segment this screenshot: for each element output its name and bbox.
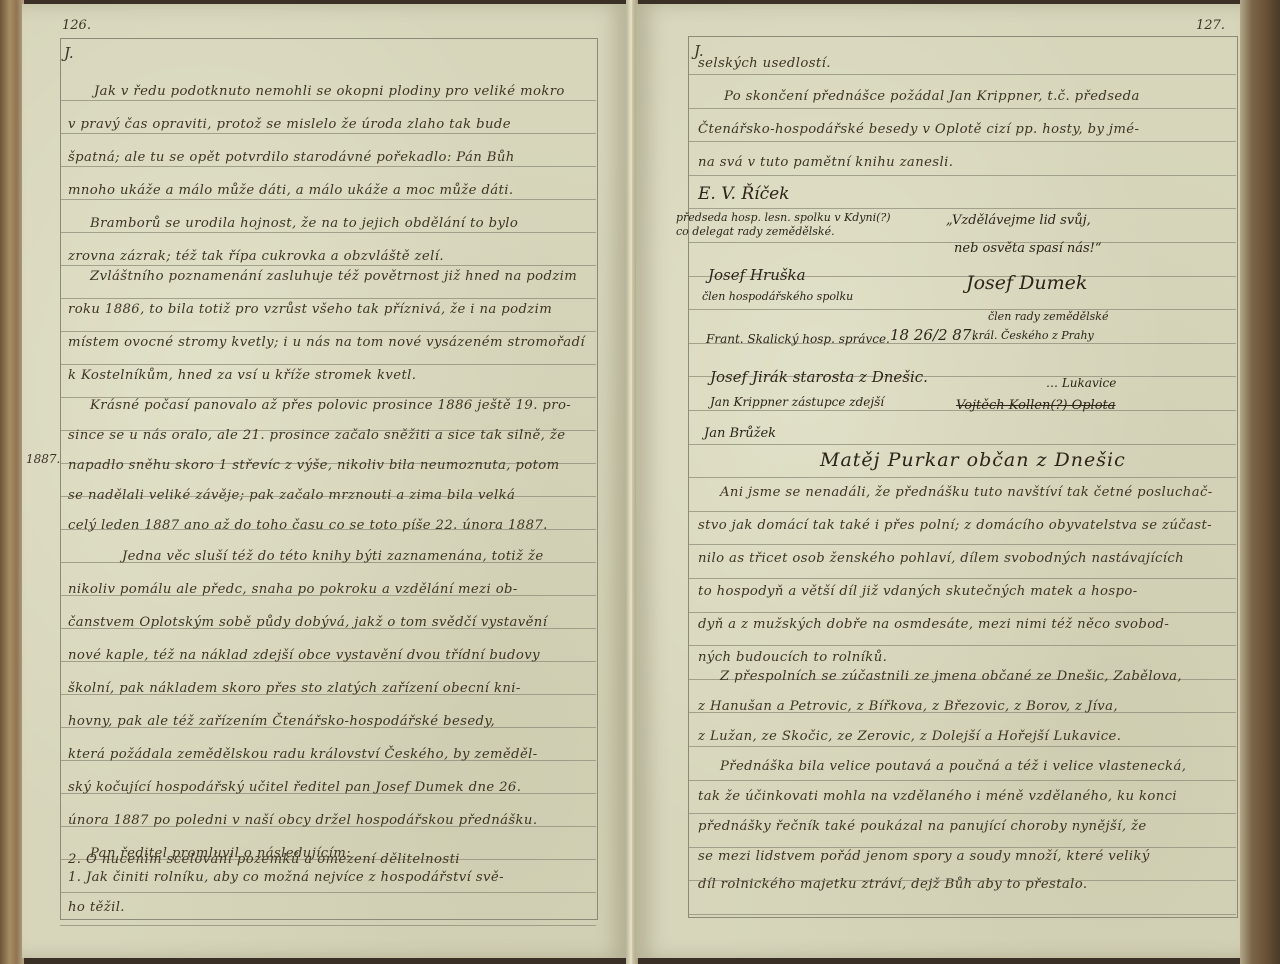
signature-8: Vojtěch Kollen(?) Oplota bbox=[956, 398, 1116, 413]
signature-9: Jan Brůžek bbox=[704, 426, 776, 441]
text-line: ných budoucích to rolníků. bbox=[698, 650, 887, 665]
ruled-line bbox=[60, 331, 596, 332]
signature-3-title: člen rady zemědělské bbox=[988, 310, 1108, 323]
text-line: stvo jak domácí tak také i přes polní; z… bbox=[698, 518, 1212, 533]
text-line: špatná; ale tu se opět potvrdilo starodá… bbox=[68, 150, 515, 165]
text-line: která požádala zemědělskou radu královst… bbox=[68, 747, 538, 762]
ruled-line bbox=[688, 813, 1236, 814]
ruled-line bbox=[688, 309, 1236, 310]
text-line: k Kostelníkům, hned za vsí u kříže strom… bbox=[68, 368, 416, 383]
signature-7: … Lukavice bbox=[1046, 376, 1116, 390]
ruled-line bbox=[688, 141, 1236, 142]
ruled-line bbox=[688, 511, 1236, 512]
ruled-line bbox=[688, 780, 1236, 781]
text-line: ský kočující hospodářský učitel ředitel … bbox=[68, 780, 521, 795]
text-line: na svá v tuto pamětní knihu zanesli. bbox=[698, 155, 953, 170]
text-line: hovny, pak ale též zařízením Čtenářsko-h… bbox=[68, 714, 495, 729]
ruled-line bbox=[688, 175, 1236, 176]
ruled-line bbox=[688, 612, 1236, 613]
book-edge-left bbox=[0, 0, 24, 964]
text-line: Zvláštního poznamenání zasluhuje též pov… bbox=[90, 269, 577, 284]
text-line: 2. O nucenim scelování pozemků a omezení… bbox=[68, 852, 460, 867]
text-line: napadlo sněhu skoro 1 střevíc z výše, ni… bbox=[68, 458, 560, 473]
signature-date: 18 26/2 87. bbox=[890, 326, 976, 344]
text-line: místem ovocné stromy kvetly; i u nás na … bbox=[68, 335, 585, 350]
ruled-line bbox=[688, 847, 1236, 848]
text-line: Čtenářsko-hospodářské besedy v Oplotě ci… bbox=[698, 122, 1139, 137]
ruled-line bbox=[688, 914, 1236, 915]
text-line: Ani jsme se nenadáli, že přednášku tuto … bbox=[720, 485, 1213, 500]
ruled-line bbox=[688, 208, 1236, 209]
signature-2: Josef Hruška bbox=[708, 266, 806, 284]
ruled-line bbox=[688, 444, 1236, 445]
ruled-line bbox=[60, 265, 596, 266]
left-page: 126. J. 1887. Jak v ředu podotknuto nemo… bbox=[22, 4, 628, 958]
book-edge-right bbox=[1240, 0, 1280, 964]
ruled-line bbox=[60, 199, 596, 200]
text-line: nikoliv pomálu ale předc, snaha po pokro… bbox=[68, 582, 518, 597]
signature-1: E. V. Říček bbox=[698, 184, 789, 204]
text-line: Přednáška bila velice poutavá a poučná a… bbox=[720, 759, 1186, 774]
signature-6: Jan Krippner zástupce zdejší bbox=[710, 395, 884, 409]
text-line: nilo as třicet osob ženského pohlaví, dí… bbox=[698, 551, 1184, 566]
signature-10: Matěj Purkar občan z Dnešic bbox=[820, 449, 1126, 471]
text-line: v pravý čas opraviti, protož se mislelo … bbox=[68, 117, 511, 132]
text-line: dyň a z mužských dobře na osmdesáte, mez… bbox=[698, 617, 1169, 632]
text-line: celý leden 1887 ano až do toho času co s… bbox=[68, 518, 548, 533]
ruled-line bbox=[688, 544, 1236, 545]
text-line: Jedna věc sluší též do této knihy býti z… bbox=[122, 549, 544, 564]
signature-2-title: člen hospodářského spolku bbox=[702, 290, 853, 303]
ruled-line bbox=[688, 746, 1236, 747]
text-line: Jak v ředu podotknuto nemohli se okopni … bbox=[94, 84, 565, 99]
text-line: z Hanušan a Petrovic, z Bířkova, z Březo… bbox=[698, 699, 1118, 714]
signature-4: Frant. Skalický hosp. správce. bbox=[706, 332, 890, 346]
signature-3-title: král. Českého z Prahy bbox=[972, 329, 1094, 342]
signature-5: Josef Jirák starosta z Dnešic. bbox=[710, 368, 928, 386]
ruled-line bbox=[60, 298, 596, 299]
scanned-book-spread: 126. J. 1887. Jak v ředu podotknuto nemo… bbox=[0, 0, 1280, 964]
text-line: Po skončení přednášce požádal Jan Krippn… bbox=[724, 89, 1140, 104]
text-line: tak že účinkovati mohla na vzdělaného i … bbox=[698, 789, 1177, 804]
text-line: mnoho ukáže a málo může dáti, a málo uká… bbox=[68, 183, 513, 198]
ruled-line bbox=[60, 232, 596, 233]
signature-1-title: co delegat rady zemědělské. bbox=[676, 225, 835, 238]
motto-line: neb osvěta spasí nás!“ bbox=[954, 241, 1102, 256]
text-line: se nadělali veliké závěje; pak začalo mr… bbox=[68, 488, 515, 503]
margin-year-note: 1887. bbox=[26, 452, 60, 466]
text-line: roku 1886, to bila totiž pro vzrůst všeh… bbox=[68, 302, 552, 317]
ruled-line bbox=[60, 166, 596, 167]
ruled-line bbox=[60, 133, 596, 134]
signature-1-title: předseda hosp. lesn. spolku v Kdyni(?) bbox=[676, 211, 891, 224]
motto-line: „Vzdělávejme lid svůj, bbox=[946, 213, 1091, 228]
text-line: Bramborů se urodila hojnost, že na to je… bbox=[90, 216, 518, 231]
text-line: selských usedlostí. bbox=[698, 56, 831, 71]
page-number: 126. bbox=[62, 18, 91, 33]
text-line: since se u nás oralo, ale 21. prosince z… bbox=[68, 428, 565, 443]
text-line: školní, pak nákladem skoro přes sto zlat… bbox=[68, 681, 521, 696]
page-number: 127. bbox=[1196, 18, 1225, 33]
ruled-line bbox=[688, 645, 1236, 646]
text-line: ho těžil. bbox=[68, 900, 125, 915]
signature-3: Josef Dumek bbox=[966, 272, 1087, 294]
text-line: nové kaple, též na náklad zdejší obce vy… bbox=[68, 648, 540, 663]
text-line: přednášky řečník také poukázal na panují… bbox=[698, 819, 1147, 834]
text-line: Z přespolních se zúčastnili ze jmena obč… bbox=[720, 669, 1182, 684]
text-line: čanstvem Oplotským sobě půdy dobývá, jak… bbox=[68, 615, 547, 630]
ruled-line bbox=[688, 108, 1236, 109]
right-page: 127. J. selských usedlostí. Po skončení … bbox=[636, 4, 1240, 958]
ruled-line bbox=[60, 100, 596, 101]
text-line: se mezi lidstvem pořád jenom spory a sou… bbox=[698, 849, 1150, 864]
section-mark: J. bbox=[64, 44, 74, 62]
ruled-line bbox=[688, 578, 1236, 579]
text-line: zrovna zázrak; též tak řípa cukrovka a o… bbox=[68, 249, 444, 264]
ruled-line bbox=[60, 892, 596, 893]
text-line: 1. Jak činiti rolníku, aby co možná nejv… bbox=[68, 870, 504, 885]
ruled-line bbox=[60, 925, 596, 926]
ruled-line bbox=[60, 364, 596, 365]
text-line: Krásné počasí panovalo až přes polovic p… bbox=[90, 398, 571, 413]
text-line: února 1887 po poledni v naší obcy držel … bbox=[68, 813, 537, 828]
text-line: to hospodyň a větší díl již vdaných skut… bbox=[698, 584, 1138, 599]
ruled-line bbox=[688, 74, 1236, 75]
text-line: díl rolnického majetku ztráví, dejž Bůh … bbox=[698, 877, 1087, 892]
ruled-line bbox=[688, 477, 1236, 478]
text-line: z Lužan, ze Skočic, ze Zerovic, z Dolejš… bbox=[698, 729, 1121, 744]
